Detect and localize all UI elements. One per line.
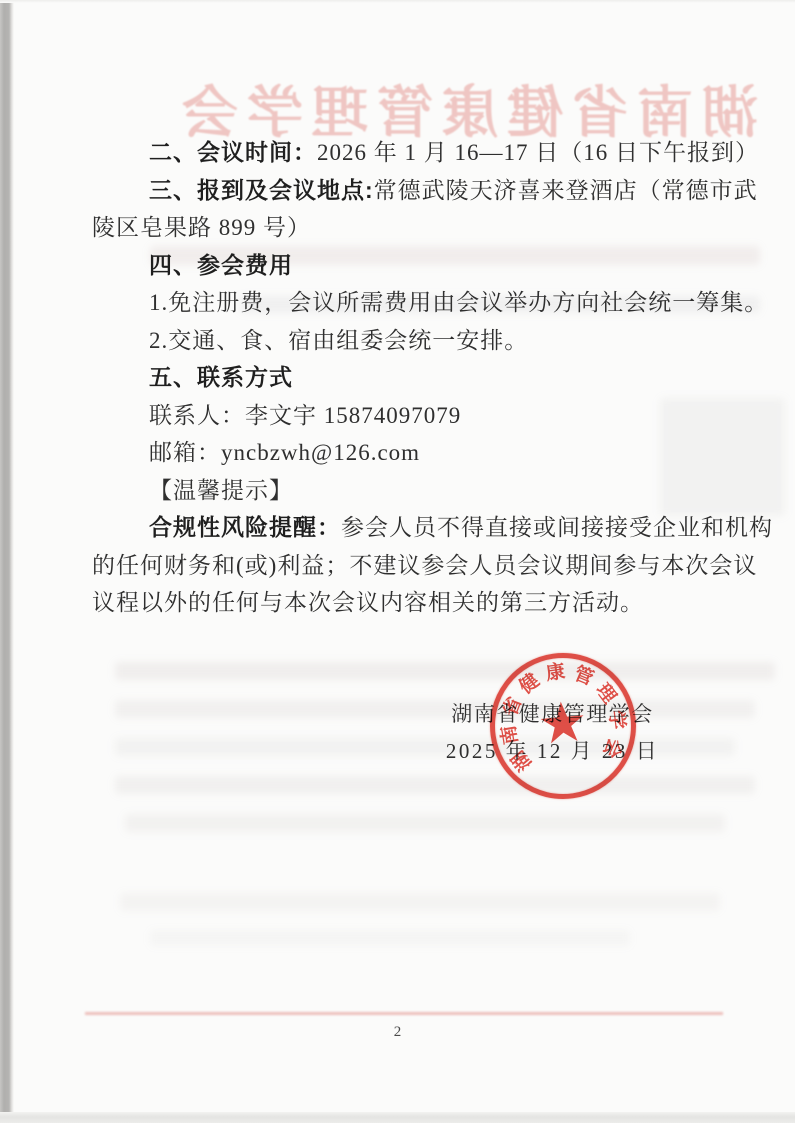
body-line: 联系人：李文宇 15874097079 — [92, 397, 726, 435]
bleedthrough-streak — [115, 662, 775, 680]
body-line: 四、参会费用 — [92, 247, 726, 285]
body-line-text-run: 陵区皂果路 899 号） — [92, 215, 311, 240]
body-line: 陵区皂果路 899 号） — [92, 209, 726, 247]
body-line-text-run: 【温馨提示】 — [149, 478, 293, 503]
bleedthrough-streak — [150, 930, 630, 946]
body-line-text-run: 1.免注册费，会议所需费用由会议举办方向社会统一筹集。 — [149, 290, 768, 315]
body-line: 邮箱：yncbzwh@126.com — [92, 434, 726, 472]
bleedthrough-streak — [125, 814, 725, 832]
scan-edge-left — [0, 0, 14, 1123]
body-line-bold-run: 五、联系方式 — [149, 364, 293, 390]
body-line-bold-run: 三、报到及会议地点: — [149, 177, 374, 203]
bleedthrough-footer-rule — [85, 1012, 723, 1015]
body-line-text-run: 邮箱：yncbzwh@126.com — [149, 440, 420, 465]
body-line-text-run: 参会人员不得直接或间接接受企业和机构 — [341, 515, 773, 540]
scan-edge-bottom — [0, 1112, 795, 1123]
body-line: 合规性风险提醒：参会人员不得直接或间接接受企业和机构 — [92, 509, 726, 547]
body-line-bold-run: 合规性风险提醒： — [149, 514, 341, 540]
body-line: 【温馨提示】 — [92, 472, 726, 510]
signature-organization: 湖南省健康管理学会 — [420, 696, 685, 733]
body-line-bold-run: 二、会议时间： — [149, 139, 317, 165]
signature-date: 2025 年 12 月 23 日 — [420, 733, 685, 770]
scan-edge-top — [0, 0, 795, 3]
body-line: 的任何财务和(或)利益；不建议参会人员会议期间参与本次会议 — [92, 547, 726, 585]
body-line-text-run: 联系人：李文宇 15874097079 — [149, 403, 461, 428]
document-body: 二、会议时间：2026 年 1 月 16—17 日（16 日下午报到）三、报到及… — [92, 134, 726, 622]
body-line: 2.交通、食、宿由组委会统一安排。 — [92, 322, 726, 360]
body-line: 三、报到及会议地点:常德武陵天济喜来登酒店（常德市武 — [92, 172, 726, 210]
page-number: 2 — [0, 1024, 795, 1041]
body-line-bold-run: 四、参会费用 — [149, 252, 293, 278]
scanned-document-page: { "colors": { "stamp_red": "#e0382e", "b… — [0, 0, 795, 1123]
signature-block: 湖南省健康管理学会 2025 年 12 月 23 日 — [420, 696, 685, 770]
body-line: 1.免注册费，会议所需费用由会议举办方向社会统一筹集。 — [92, 284, 726, 322]
body-line: 二、会议时间：2026 年 1 月 16—17 日（16 日下午报到） — [92, 134, 726, 172]
body-line: 五、联系方式 — [92, 359, 726, 397]
body-line-text-run: 2026 年 1 月 16—17 日（16 日下午报到） — [317, 140, 759, 165]
bleedthrough-streak — [115, 776, 755, 794]
body-line-text-run: 2.交通、食、宿由组委会统一安排。 — [149, 328, 528, 353]
body-line: 议程以外的任何与本次会议内容相关的第三方活动。 — [92, 584, 726, 622]
body-line-text-run: 常德武陵天济喜来登酒店（常德市武 — [374, 178, 758, 203]
body-line-text-run: 议程以外的任何与本次会议内容相关的第三方活动。 — [92, 590, 644, 615]
body-line-text-run: 的任何财务和(或)利益；不建议参会人员会议期间参与本次会议 — [92, 553, 757, 578]
bleedthrough-streak — [120, 893, 720, 911]
